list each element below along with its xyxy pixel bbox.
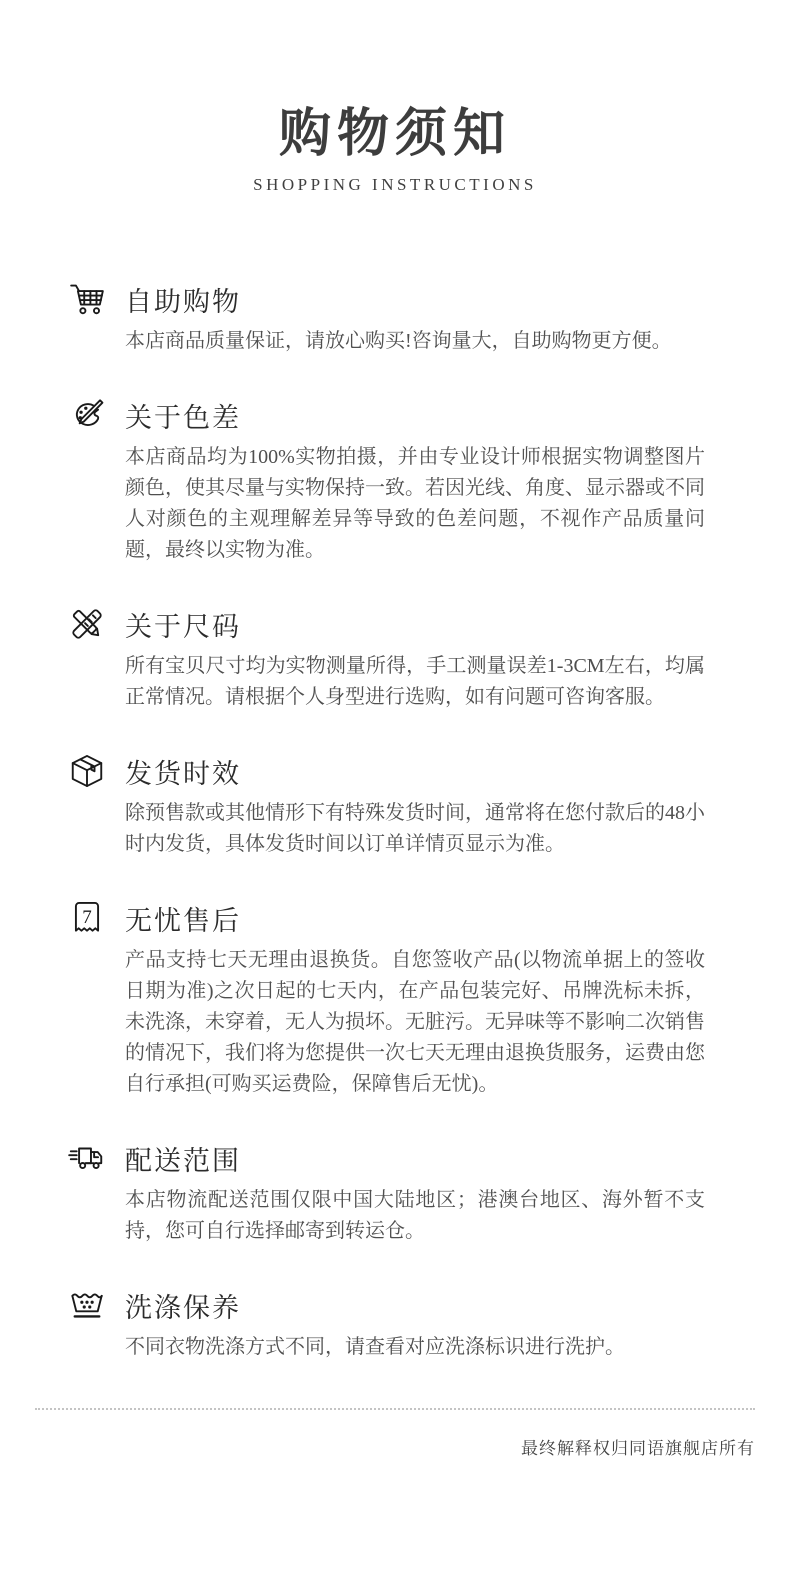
page-header: 购物须知 SHOPPING INSTRUCTIONS bbox=[0, 0, 790, 195]
section-title: 发货时效 bbox=[125, 752, 241, 791]
truck-icon bbox=[68, 1138, 112, 1178]
section-header: 自助购物 bbox=[68, 279, 722, 319]
section-header: 洗涤保养 bbox=[68, 1285, 722, 1325]
page-subtitle: SHOPPING INSTRUCTIONS bbox=[0, 175, 790, 195]
package-icon bbox=[68, 751, 112, 791]
sections-list: 自助购物 本店商品质量保证，请放心购买!咨询量大，自助购物更方便。 关于色差 bbox=[0, 279, 790, 1363]
section-header: 发货时效 bbox=[68, 751, 722, 791]
section-body: 本店商品质量保证，请放心购买!咨询量大，自助购物更方便。 bbox=[125, 326, 705, 357]
section-header: 7 无忧售后 bbox=[68, 898, 722, 938]
section-after-sales: 7 无忧售后 产品支持七天无理由退换货。自您签收产品(以物流单据上的签收日期为准… bbox=[68, 898, 722, 1100]
section-body: 产品支持七天无理由退换货。自您签收产品(以物流单据上的签收日期为准)之次日起的七… bbox=[125, 945, 705, 1100]
footer-disclaimer: 最终解释权归同语旗舰店所有 bbox=[521, 1434, 755, 1459]
section-body: 除预售款或其他情形下有特殊发货时间，通常将在您付款后的48小时内发货，具体发货时… bbox=[125, 798, 705, 860]
wash-icon bbox=[68, 1285, 112, 1325]
section-body: 不同衣物洗涤方式不同，请查看对应洗涤标识进行洗护。 bbox=[125, 1332, 705, 1363]
page-title: 购物须知 bbox=[0, 106, 790, 163]
section-delivery-scope: 配送范围 本店物流配送范围仅限中国大陆地区；港澳台地区、海外暂不支持，您可自行选… bbox=[68, 1138, 722, 1247]
section-shipping-time: 发货时效 除预售款或其他情形下有特殊发货时间，通常将在您付款后的48小时内发货，… bbox=[68, 751, 722, 860]
ruler-pencil-icon bbox=[68, 604, 112, 644]
section-title: 关于色差 bbox=[125, 396, 241, 435]
section-title: 关于尺码 bbox=[125, 605, 241, 644]
section-title: 洗涤保养 bbox=[125, 1286, 241, 1325]
section-header: 配送范围 bbox=[68, 1138, 722, 1178]
section-sizing: 关于尺码 所有宝贝尺寸均为实物测量所得，手工测量误差1-3CM左右，均属正常情况… bbox=[68, 604, 722, 713]
shopping-instructions-page: 购物须知 SHOPPING INSTRUCTIONS 自助购物 bbox=[0, 0, 790, 1588]
section-title: 配送范围 bbox=[125, 1139, 241, 1178]
palette-icon bbox=[68, 395, 112, 435]
seven-day-icon: 7 bbox=[68, 898, 112, 938]
cart-icon bbox=[68, 279, 112, 319]
section-body: 本店物流配送范围仅限中国大陆地区；港澳台地区、海外暂不支持，您可自行选择邮寄到转… bbox=[125, 1185, 705, 1247]
dotted-divider bbox=[35, 1408, 755, 1410]
svg-text:7: 7 bbox=[82, 907, 92, 928]
section-header: 关于色差 bbox=[68, 395, 722, 435]
section-header: 关于尺码 bbox=[68, 604, 722, 644]
section-washing-care: 洗涤保养 不同衣物洗涤方式不同，请查看对应洗涤标识进行洗护。 bbox=[68, 1285, 722, 1363]
section-title: 无忧售后 bbox=[125, 899, 241, 938]
section-body: 所有宝贝尺寸均为实物测量所得，手工测量误差1-3CM左右，均属正常情况。请根据个… bbox=[125, 651, 705, 713]
section-title: 自助购物 bbox=[125, 280, 241, 319]
section-color-difference: 关于色差 本店商品均为100%实物拍摄，并由专业设计师根据实物调整图片颜色，使其… bbox=[68, 395, 722, 566]
section-body: 本店商品均为100%实物拍摄，并由专业设计师根据实物调整图片颜色，使其尽量与实物… bbox=[125, 442, 705, 566]
section-self-service-shopping: 自助购物 本店商品质量保证，请放心购买!咨询量大，自助购物更方便。 bbox=[68, 279, 722, 357]
